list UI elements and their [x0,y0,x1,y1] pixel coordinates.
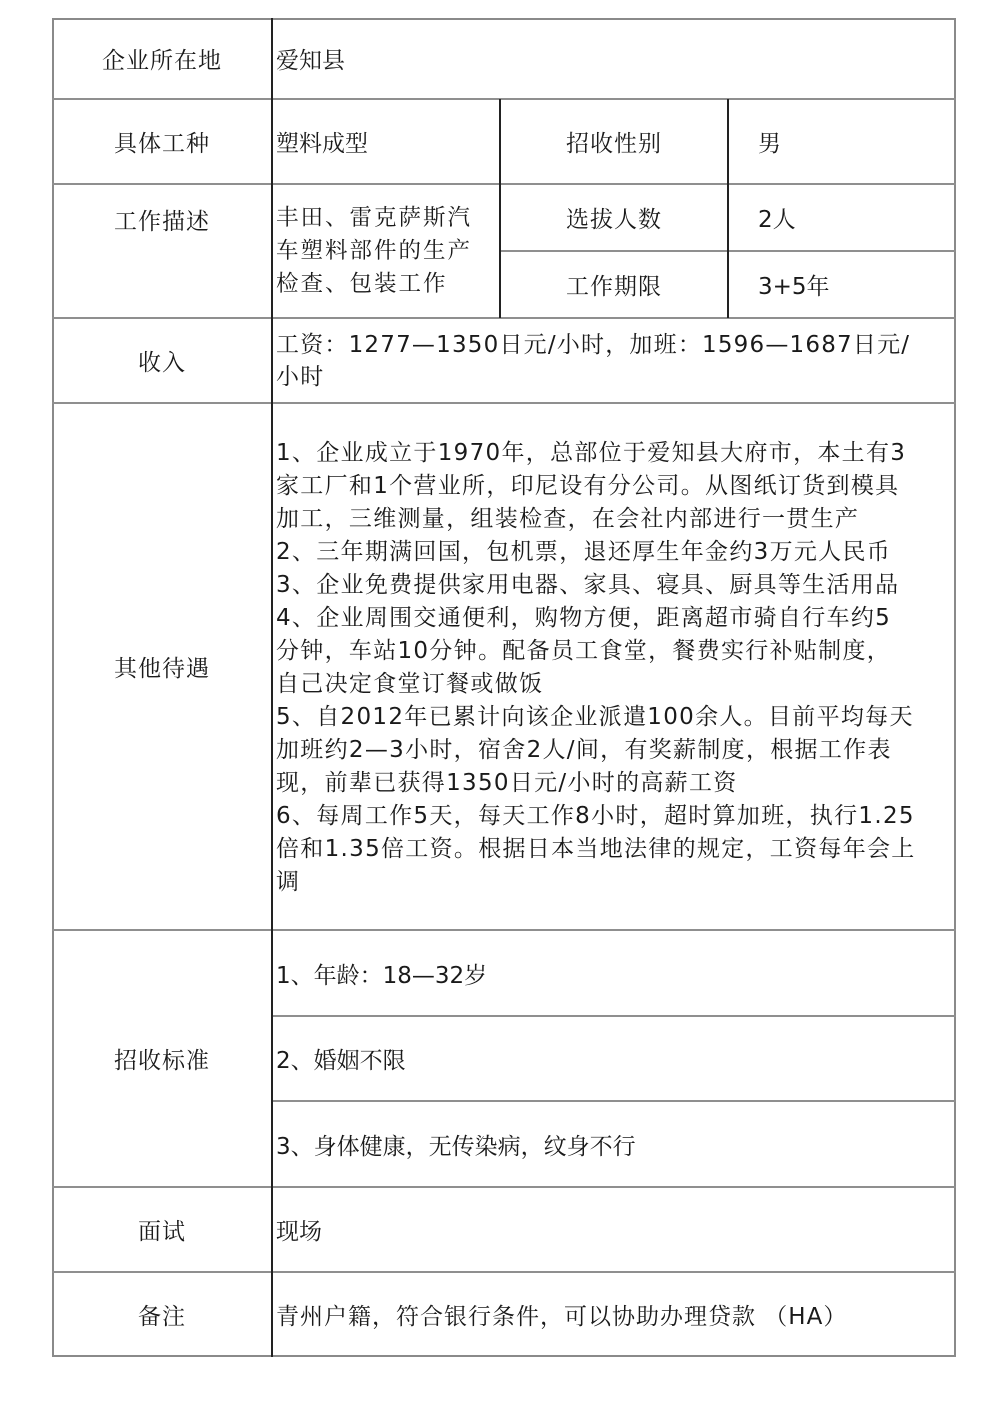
benefits-line: 家工厂和1个营业所，印尼设有分公司。从图纸订货到模具 [276,470,899,503]
description-line: 丰田、雷克萨斯汽 [276,202,472,235]
income-line: 工资：1277—1350日元/小时，加班：1596—1687日元/ [276,329,910,361]
headcount-label: 选拔人数 [500,184,728,251]
benefits-line: 自己决定食堂订餐或做饭 [276,668,543,701]
description-value: 丰田、雷克萨斯汽 车塑料部件的生产 检查、包装工作 [272,184,500,318]
benefits-line: 加工，三维测量，组装检查，在会社内部进行一贯生产 [276,503,859,536]
benefits-line: 现，前辈已获得1350日元/小时的高薪工资 [276,767,738,800]
gender-value: 男 [728,99,956,184]
benefits-line: 4、企业周围交通便利，购物方便，距离超市骑自行车约5 [276,602,891,635]
description-label: 工作描述 [52,184,272,254]
benefits-line: 倍和1.35倍工资。根据日本当地法律的规定，工资每年会上 [276,833,916,866]
income-label: 收入 [52,318,272,403]
term-label: 工作期限 [500,251,728,318]
term-value: 3+5年 [728,251,956,318]
benefits-line: 5、自2012年已累计向该企业派遣100余人。目前平均每天 [276,701,914,734]
benefits-line: 6、每周工作5天，每天工作8小时，超时算加班，执行1.25 [276,800,915,833]
gender-label: 招收性别 [500,99,728,184]
benefits-line: 调 [276,866,300,899]
remarks-value: 青州户籍，符合银行条件，可以协助办理贷款 （HA） [272,1272,956,1357]
headcount-value: 2人 [728,184,956,251]
benefits-label: 其他待遇 [52,403,272,930]
description-line: 车塑料部件的生产 [276,235,472,268]
benefits-value: 1、企业成立于1970年，总部位于爱知县大府市，本土有3 家工厂和1个营业所，印… [272,403,956,930]
location-value: 爱知县 [272,18,956,99]
job-type-value: 塑料成型 [272,99,500,184]
requirement-item: 2、婚姻不限 [272,1016,956,1101]
requirement-item: 1、年龄：18—32岁 [272,930,956,1016]
benefits-line: 3、企业免费提供家用电器、家具、寝具、厨具等生活用品 [276,569,899,602]
description-line: 检查、包装工作 [276,268,448,301]
location-label: 企业所在地 [52,18,272,99]
remarks-label: 备注 [52,1272,272,1357]
benefits-line: 2、三年期满回国，包机票，退还厚生年金约3万元人民币 [276,536,891,569]
requirement-item: 3、身体健康，无传染病，纹身不行 [272,1101,956,1187]
benefits-line: 1、企业成立于1970年，总部位于爱知县大府市，本土有3 [276,437,906,470]
benefits-line: 分钟，车站10分钟。配备员工食堂，餐费实行补贴制度， [276,635,891,668]
requirements-label: 招收标准 [52,930,272,1187]
benefits-line: 加班约2—3小时，宿舍2人/间，有奖薪制度，根据工作表 [276,734,892,767]
interview-label: 面试 [52,1187,272,1272]
income-value: 工资：1277—1350日元/小时，加班：1596—1687日元/ 小时 [272,318,956,403]
job-type-label: 具体工种 [52,99,272,184]
income-line: 小时 [276,361,324,393]
interview-value: 现场 [272,1187,956,1272]
